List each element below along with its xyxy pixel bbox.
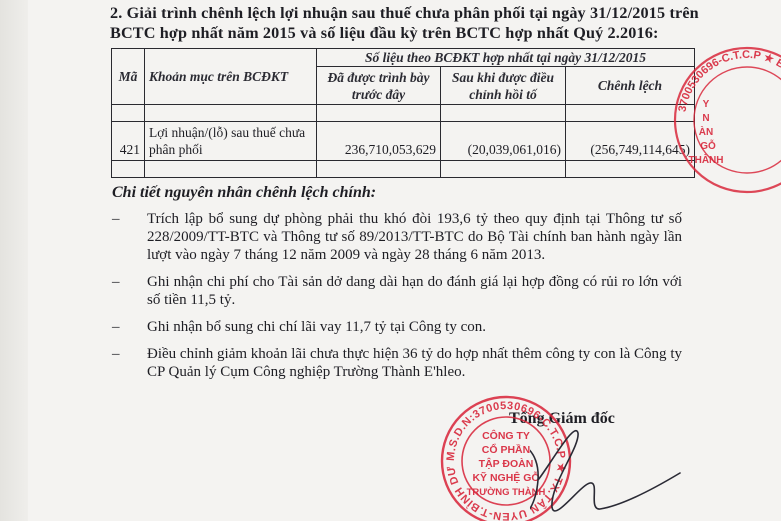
heading-line-2: BCTC hợp nhất năm 2015 và số liệu đầu kỳ… (110, 23, 700, 43)
cell-reported: 236,710,053,629 (317, 122, 441, 161)
reconciliation-table: Mã Khoản mục trên BCĐKT Số liệu theo BCĐ… (111, 48, 695, 178)
cell-restated: (20,039,061,016) (441, 122, 566, 161)
list-item: –Điều chỉnh giảm khoản lãi chưa thực hiệ… (112, 345, 682, 381)
svg-text:Y: Y (703, 99, 710, 110)
svg-text:GỖ: GỖ (700, 139, 716, 152)
cell-item: Lợi nhuận/(lỗ) sau thuế chưa phân phối (145, 122, 317, 161)
seal-line: CỔ PHẦN (482, 443, 530, 456)
table-header-row: Mã Khoản mục trên BCĐKT Số liệu theo BCĐ… (112, 49, 695, 67)
company-seal-partial: 3700530696-C.T.C.P ★ BÌNH DƯƠNG Y N ÀN G… (672, 45, 781, 195)
list-item: –Ghi nhận bổ sung chi chí lãi vay 11,7 t… (112, 318, 682, 336)
header-restated: Sau khi được điều chỉnh hồi tố (441, 67, 566, 105)
table-empty-row (112, 161, 695, 178)
heading-line-1: 2. Giải trình chênh lệch lợi nhuận sau t… (110, 3, 700, 23)
header-code: Mã (112, 49, 145, 105)
dash-bullet: – (112, 210, 120, 228)
header-reported: Đã được trình bày trước đây (317, 67, 441, 105)
dash-bullet: – (112, 345, 120, 363)
header-group: Số liệu theo BCĐKT hợp nhất tại ngày 31/… (317, 49, 695, 67)
dash-bullet: – (112, 318, 120, 336)
svg-text:3700530696-C.T.C.P ★ BÌNH DƯƠN: 3700530696-C.T.C.P ★ BÌNH DƯƠNG (677, 49, 781, 125)
seal-line: TẬP ĐOÀN (479, 457, 534, 470)
handwritten-signature (530, 425, 690, 521)
reasons-list: –Trích lập bổ sung dự phòng phải thu khó… (112, 210, 682, 390)
section-heading: 2. Giải trình chênh lệch lợi nhuận sau t… (110, 3, 700, 43)
table-empty-row (112, 105, 695, 122)
cell-code: 421 (112, 122, 145, 161)
list-item: –Ghi nhận chi phí cho Tài sản dở dang dà… (112, 273, 682, 309)
svg-text:THÀNH: THÀNH (689, 153, 724, 166)
table-row: 421 Lợi nhuận/(lỗ) sau thuế chưa phân ph… (112, 122, 695, 161)
scan-page-edge (0, 0, 28, 521)
svg-text:N: N (702, 113, 709, 124)
header-item: Khoản mục trên BCĐKT (145, 49, 317, 105)
seal-side-ring-text: 3700530696-C.T.C.P ★ BÌNH DƯƠNG (677, 49, 781, 125)
details-title: Chi tiết nguyên nhân chênh lệch chính: (112, 184, 376, 202)
dash-bullet: – (112, 273, 120, 291)
seal-line: CÔNG TY (482, 429, 530, 442)
list-item: –Trích lập bổ sung dự phòng phải thu khó… (112, 210, 682, 264)
svg-text:ÀN: ÀN (699, 125, 713, 138)
